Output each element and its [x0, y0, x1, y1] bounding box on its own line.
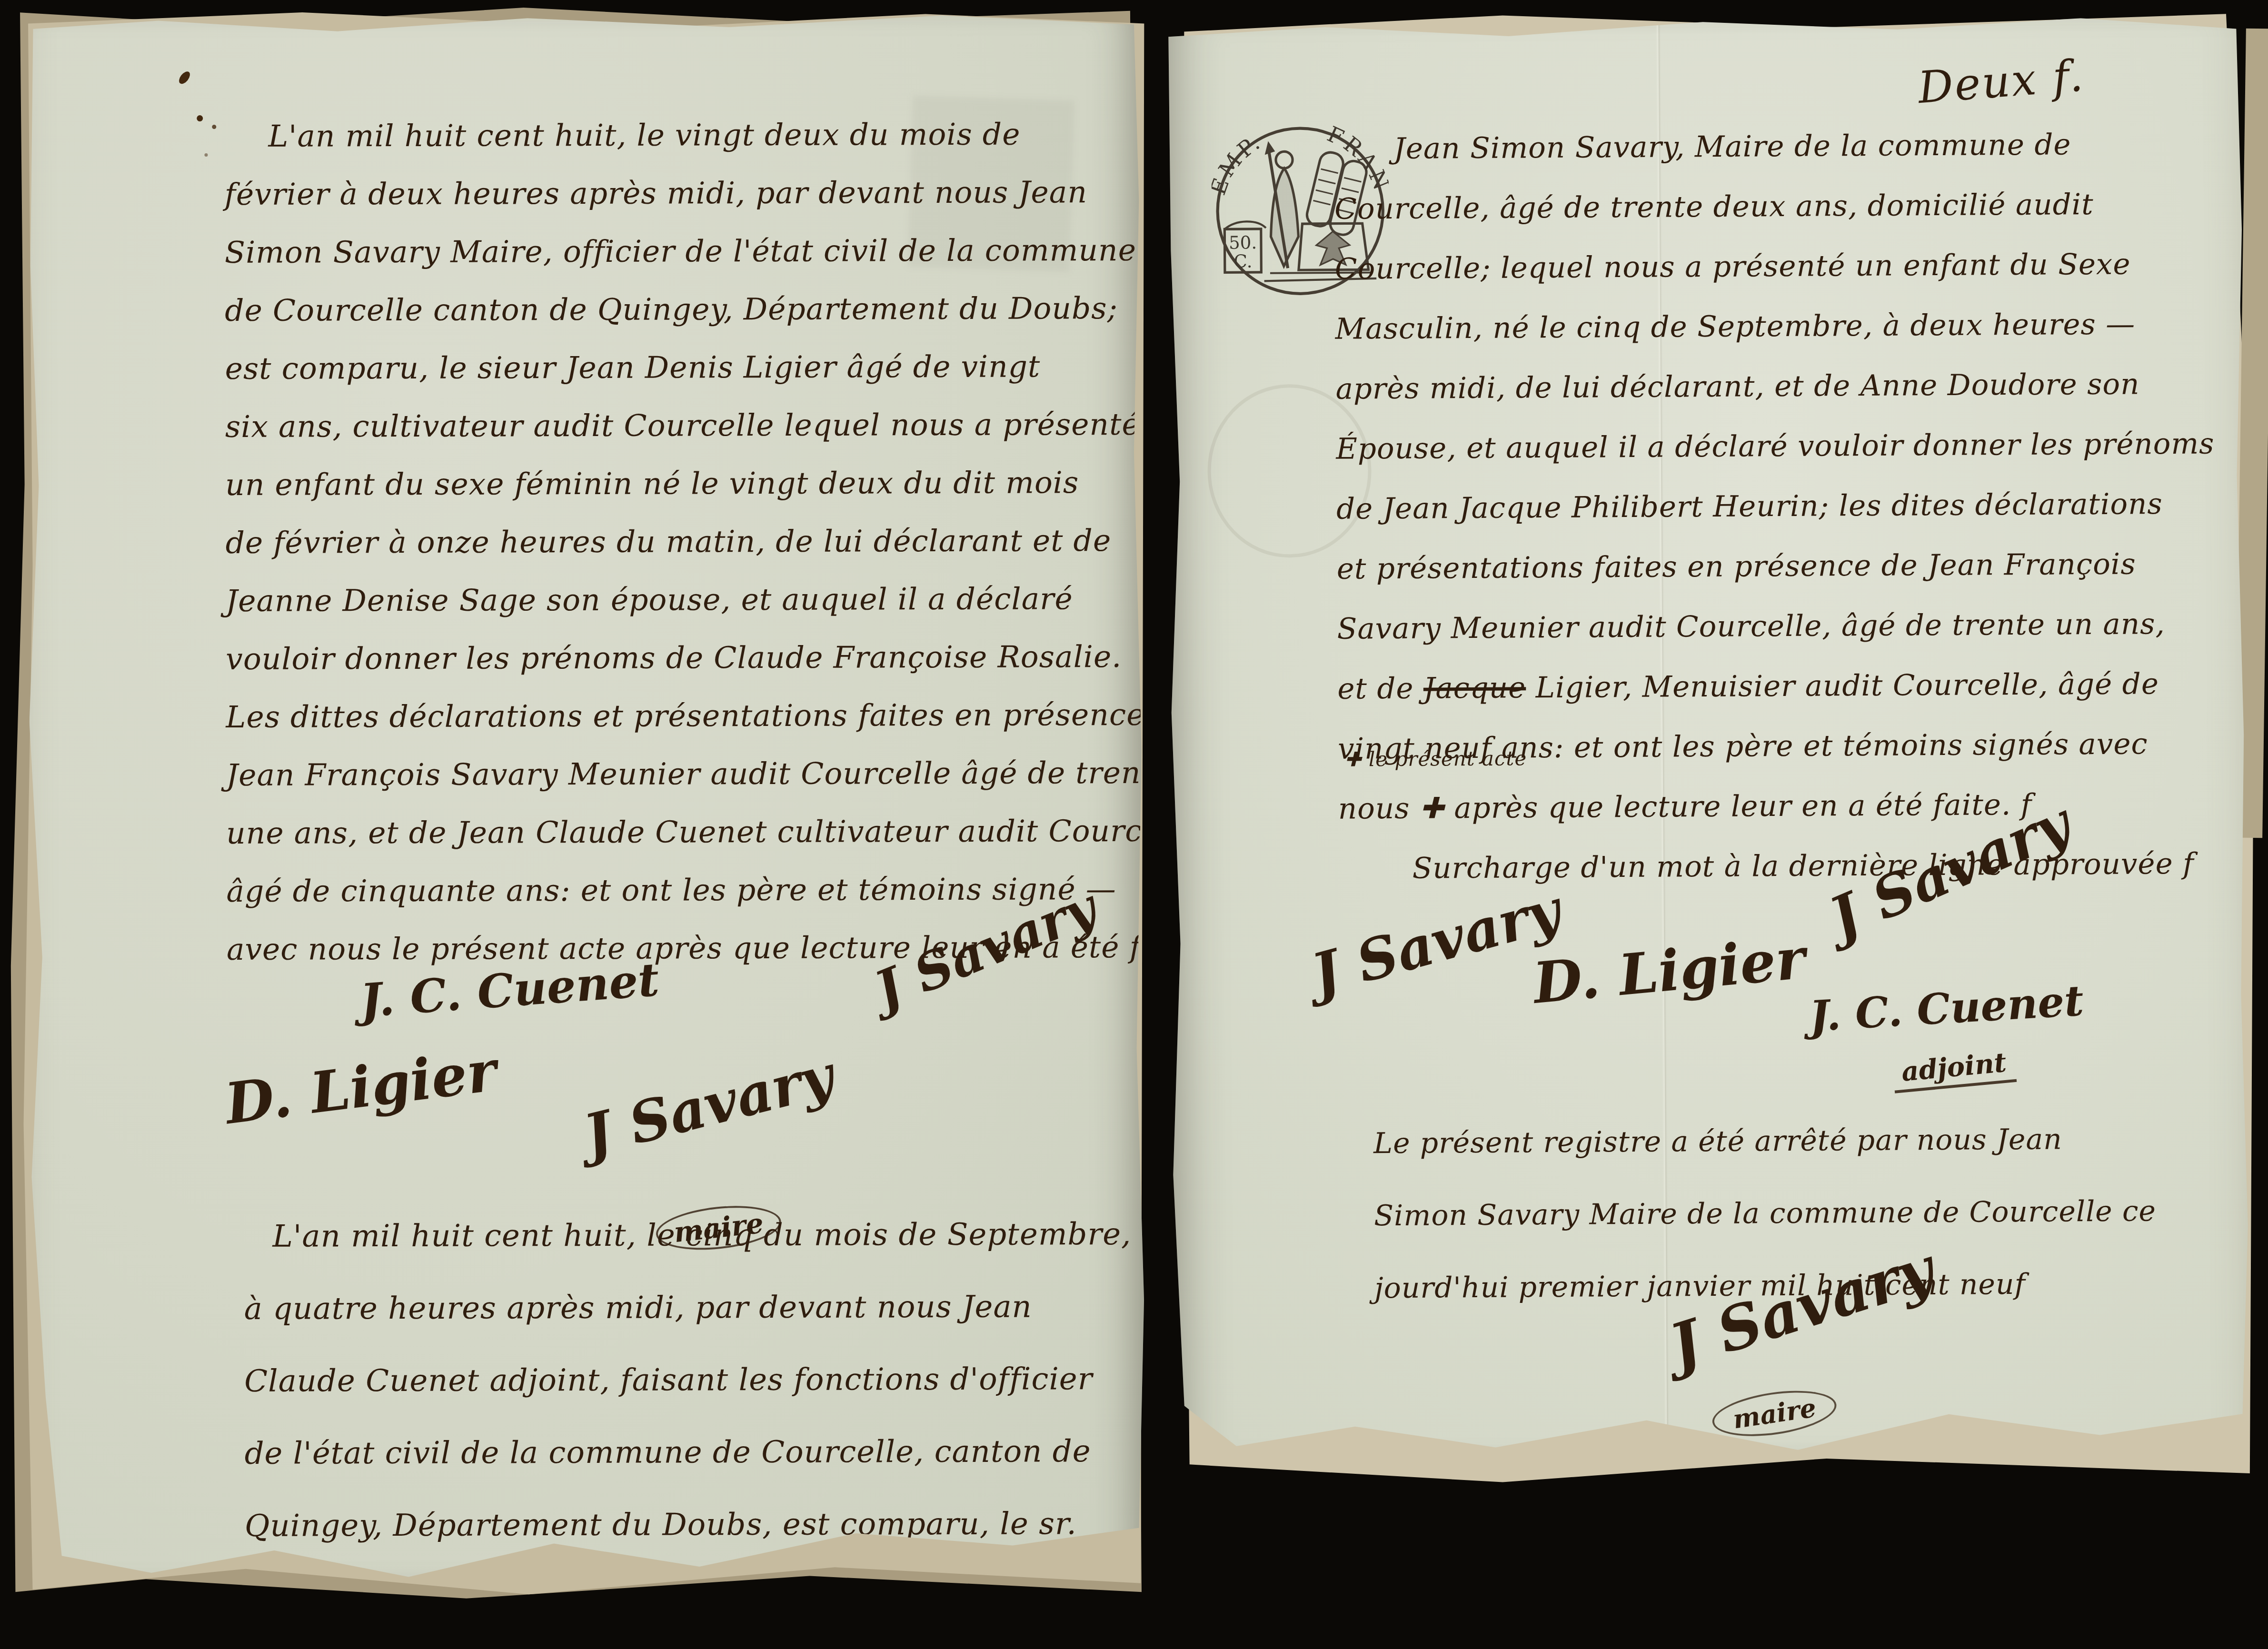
scanned-register-spread: L'an mil huit cent huit, le vingt deux d…	[0, 0, 2268, 1649]
signature-ligier: D. Ligier	[221, 1037, 500, 1137]
birth-act-september: Jean Simon Savary, Maire de la commune d…	[1334, 114, 2217, 899]
signature-ligier: D. Ligier	[1531, 925, 1808, 1016]
manuscript-line: Courcelle, âgé de trente deux ans, domic…	[1334, 174, 2213, 239]
manuscript-line: Les dittes déclarations et présentations…	[226, 686, 1210, 746]
left-page: L'an mil huit cent huit, le vingt deux d…	[24, 12, 1147, 1586]
manuscript-line: Masculin, né le cinq de Septembre, à deu…	[1335, 294, 2214, 359]
line-fragment: et de	[1337, 672, 1423, 706]
manuscript-line: vouloir donner les prénoms de Claude Fra…	[226, 628, 1210, 688]
manuscript-line: Claude Cuenet adjoint, faisant les fonct…	[244, 1343, 1132, 1418]
manuscript-line: Courcelle; lequel nous a présenté un enf…	[1335, 234, 2214, 299]
manuscript-line: est comparu, le sieur Jean Denis Ligier …	[225, 338, 1209, 398]
line-fragment: nous ✚ après que lecture leur en a été f…	[1338, 788, 2032, 826]
manuscript-line: de l'état civil de la commune de Courcel…	[244, 1415, 1132, 1490]
page-number: Deux f.	[1916, 50, 2086, 113]
manuscript-line: et de Jacque Ligier, Menuisier audit Cou…	[1337, 654, 2216, 719]
manuscript-line: une ans, et de Jean Claude Cuenet cultiv…	[226, 802, 1210, 863]
surcharge-note: Surcharge d'un mot à la dernière ligne a…	[1338, 834, 2217, 899]
svg-text:EMP.: EMP.	[1211, 128, 1267, 199]
manuscript-line: à quatre heures après midi, par devant n…	[244, 1271, 1132, 1345]
manuscript-line: de Jean Jacque Philibert Heurin; les dit…	[1336, 474, 2215, 539]
manuscript-line: L'an mil huit cent huit, le vingt deux d…	[224, 105, 1208, 166]
right-page: Deux f.	[1163, 13, 2251, 1464]
manuscript-line: Jeanne Denise Sage son épouse, et auquel…	[226, 570, 1210, 630]
manuscript-line: et présentations faites en présence de J…	[1336, 534, 2215, 599]
manuscript-line: Jean Simon Savary, Maire de la commune d…	[1334, 114, 2213, 179]
signature-cuenet: J. C. Cuenet	[1808, 975, 2085, 1041]
manuscript-line: de Courcelle canton de Quingey, Départem…	[225, 279, 1209, 340]
birth-act-september-start: L'an mil huit cent huit, le cinq du mois…	[244, 1198, 1132, 1562]
signature-title-maire: maire	[1710, 1384, 1840, 1443]
signature-title-adjoint: adjoint	[1891, 1046, 2017, 1093]
manuscript-line: Simon Savary Maire de la commune de Cour…	[1374, 1175, 2157, 1252]
manuscript-line: L'an mil huit cent huit, le cinq du mois…	[244, 1198, 1131, 1273]
overwritten-word: Jacque	[1423, 671, 1526, 705]
manuscript-line: un enfant du sexe féminin né le vingt de…	[225, 454, 1209, 514]
birth-act-february: L'an mil huit cent huit, le vingt deux d…	[224, 105, 1210, 979]
ink-blot	[204, 153, 208, 157]
manuscript-line: Savary Meunier audit Courcelle, âgé de t…	[1337, 594, 2216, 659]
signature-savary: J Savary	[577, 1042, 840, 1168]
stamp-arc-emp: EMP.	[1211, 128, 1267, 199]
manuscript-line: Épouse, et auquel il a déclaré vouloir d…	[1336, 414, 2215, 479]
interlinear-insertion: ✚ le présent acte	[1344, 748, 1527, 769]
stamp-value-50: 50.	[1229, 232, 1257, 253]
manuscript-line: Simon Savary Maire, officier de l'état c…	[225, 221, 1209, 282]
manuscript-line: ✚ le présent acte nous ✚ après que lectu…	[1338, 774, 2217, 839]
manuscript-line: six ans, cultivateur audit Courcelle leq…	[225, 396, 1209, 456]
manuscript-line: de février à onze heures du matin, de lu…	[225, 512, 1209, 572]
ink-blot	[212, 125, 216, 129]
ink-blot	[177, 70, 192, 86]
manuscript-line: Le présent registre a été arrêté par nou…	[1373, 1103, 2156, 1180]
line-fragment: Ligier, Menuisier audit Courcelle, âgé d…	[1526, 667, 2159, 705]
manuscript-line: après midi, de lui déclarant, et de Anne…	[1335, 354, 2214, 419]
manuscript-line: février à deux heures après midi, par de…	[225, 163, 1209, 224]
stamp-value-c: C.	[1233, 251, 1252, 272]
manuscript-line: Jean François Savary Meunier audit Courc…	[226, 744, 1210, 805]
ink-blot	[197, 115, 203, 121]
